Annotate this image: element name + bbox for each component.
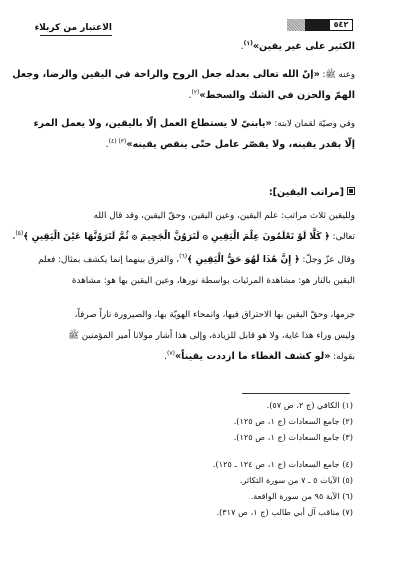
- section-heading-text: [مراتب اليقين]:: [269, 187, 344, 198]
- paragraph-text: وليس وراء هذا غاية، ولا هو قابل للزيادة،…: [68, 331, 355, 341]
- quote-intro: وفي وصيّة لقمان لابنه:: [272, 119, 355, 129]
- footnote: (٢) جامع السعادات (ج ١، ص ١٢٥).: [234, 416, 353, 427]
- paragraph-text: بقوله:: [330, 352, 355, 362]
- footnote-separator: [242, 393, 350, 394]
- text-line: وفي وصيّة لقمان لابنه: «يابنيّ لا يستطاع…: [34, 117, 355, 131]
- footnote-ref: (٦): [179, 253, 187, 260]
- quote-text: «لو كشف الغطاء ما ازددت يقيناً»: [175, 351, 330, 362]
- running-title: الاعتبار من كربلاء: [40, 22, 112, 34]
- quote-continuation: الكثير على غير يقين»: [253, 41, 355, 52]
- footnote: (٣) جامع السعادات (ج ١، ص ١٢٥).: [234, 432, 353, 443]
- text-line: الهمّ والحزن في الشك والسخط»(٢).: [188, 89, 355, 103]
- text-line: تعالى: ﴿ كَلَّا لَوْ تَعْلَمُونَ عِلْمَ …: [12, 230, 355, 244]
- text-line: إلّا بقدر يقينه، ولا يقصّر عامل حتّى ينق…: [106, 138, 355, 152]
- text-line: وليس وراء هذا غاية، ولا هو قابل للزيادة،…: [68, 329, 355, 343]
- paragraph-text: اليقين بالنار هو: مشاهدة المرئيات بواسطة…: [72, 276, 355, 286]
- page-number-bar-decoration: [305, 19, 329, 31]
- paragraph-text: ، والفرق بينهما إنما يكشف بمثال: فعلم: [38, 255, 179, 265]
- text-line: اليقين بالنار هو: مشاهدة المرئيات بواسطة…: [72, 274, 355, 288]
- hadith-text: «إنّ الله تعالى بعدله جعل الروح والراحة …: [12, 69, 320, 80]
- text-line: ولليقين ثلاث مراتب: علم اليقين، وعين الي…: [94, 209, 355, 223]
- footnote: (٧) مناقب آل أبي طالب (ج ١، ص ٣١٧).: [216, 507, 353, 518]
- quran-verse: ﴿ كَلَّا لَوْ تَعْلَمُونَ عِلْمَ الْيَقِ…: [23, 232, 330, 242]
- footnote: (١) الكافي (ج ٢، ص ٥٧).: [267, 400, 353, 411]
- text-line: الكثير على غير يقين»(١).: [241, 40, 355, 54]
- quran-verse: ﴿ إِنَّ هَٰذَا لَهُوَ حَقُّ الْيَقِينِ ﴾: [187, 255, 300, 265]
- paragraph-text: وقال عزّ وجلّ:: [300, 255, 355, 265]
- paragraph-text: ولليقين ثلاث مراتب: علم اليقين، وعين الي…: [94, 211, 355, 221]
- page-number-shade-decoration: [287, 19, 305, 31]
- footnote-ref: (١): [244, 40, 253, 47]
- text-line: بقوله: «لو كشف الغطاء ما ازددت يقيناً»(٧…: [164, 350, 355, 364]
- hadith-intro: وعنه ﷺ:: [320, 70, 355, 80]
- footnote: (٥) الآيات ٥ ـ ٧ من سورة التكاثر.: [240, 475, 353, 486]
- text-line: وعنه ﷺ: «إنّ الله تعالى بعدله جعل الروح …: [12, 68, 355, 82]
- quote-text: «يابنيّ لا يستطاع العمل إلّا باليقين، ول…: [34, 118, 272, 129]
- quote-text: إلّا بقدر يقينه، ولا يقصّر عامل حتّى ينق…: [126, 139, 355, 150]
- text-line: جرمها، وحقّ اليقين بها الاحتراق فيها، وا…: [75, 308, 355, 322]
- page-number: ٥٤٢: [329, 19, 353, 31]
- running-title-underline: [40, 35, 112, 36]
- page-number-block: ٥٤٢: [287, 19, 353, 31]
- footnote-ref: (٣) (٤): [109, 138, 127, 145]
- section-heading: [مراتب اليقين]:: [269, 186, 355, 200]
- paragraph-text: تعالى:: [330, 232, 355, 242]
- footnote: (٦) الآية ٩٥ من سورة الواقعة.: [251, 491, 353, 502]
- footnote-ref: (٧): [167, 350, 175, 357]
- book-page: الاعتبار من كربلاء ٥٤٢ الكثير على غير يق…: [0, 0, 393, 568]
- square-bullet-icon: [347, 187, 355, 195]
- paragraph-text: جرمها، وحقّ اليقين بها الاحتراق فيها، وا…: [75, 310, 355, 320]
- footnote: (٤) جامع السعادات (ج ١، ص ١٢٤ ـ ١٢٥).: [213, 459, 353, 470]
- hadith-text: الهمّ والحزن في الشك والسخط»: [199, 90, 355, 101]
- text-line: وقال عزّ وجلّ: ﴿ إِنَّ هَٰذَا لَهُوَ حَق…: [38, 253, 355, 267]
